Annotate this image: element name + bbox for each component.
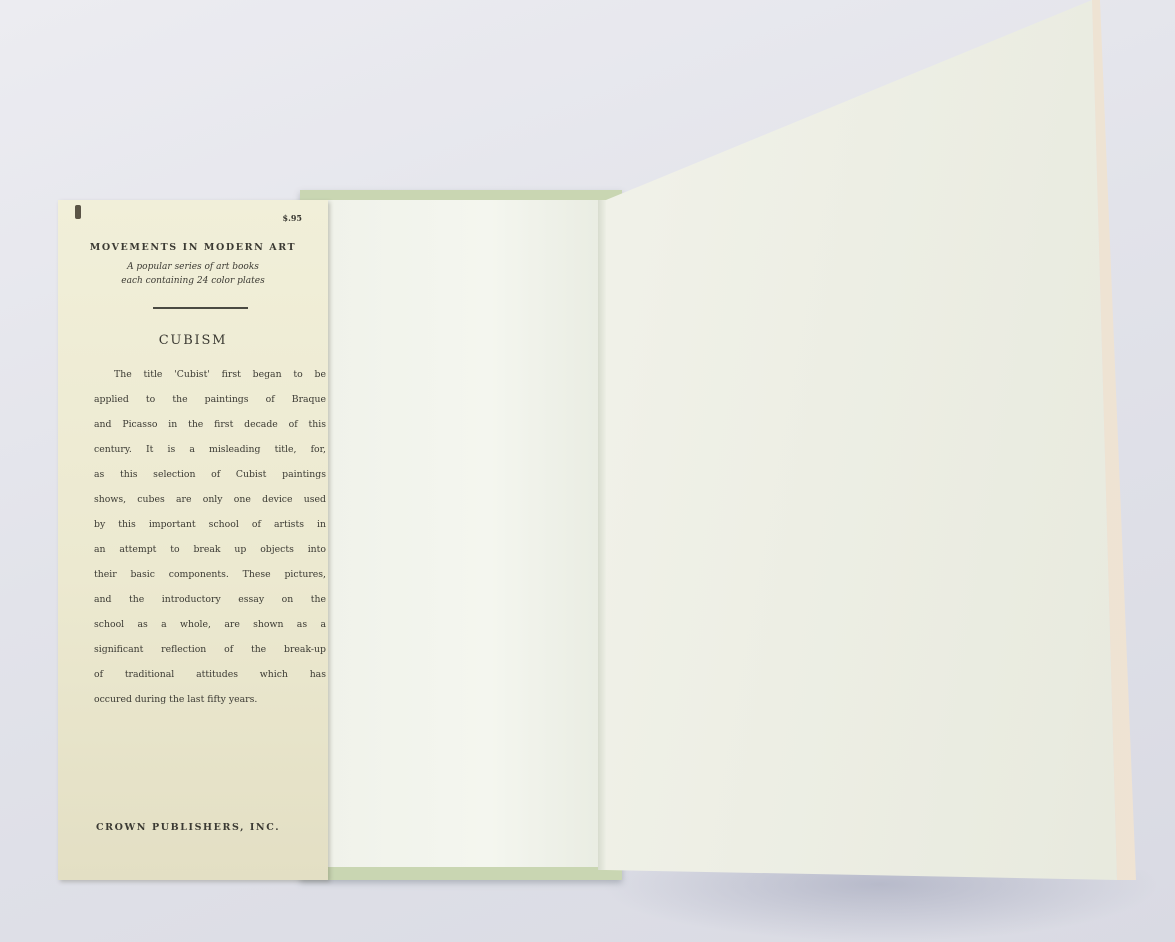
publisher-name: CROWN PUBLISHERS, INC. <box>96 822 280 833</box>
price: $.95 <box>283 213 302 223</box>
blurb-line: by this important school of artists in <box>94 512 326 537</box>
blurb-line: applied to the paintings of Braque <box>94 387 326 412</box>
blurb-line: significant reflection of the break-up <box>94 637 326 662</box>
blurb-line: and Picasso in the first decade of this <box>94 412 326 437</box>
tagline-line: A popular series of art books <box>58 260 328 274</box>
blurb-line: school as a whole, are shown as a <box>94 612 326 637</box>
left-endpaper <box>320 200 604 867</box>
blurb-text: The title 'Cubist' first began to be app… <box>94 362 326 712</box>
blurb-line: shows, cubes are only one device used <box>94 487 326 512</box>
book-title: CUBISM <box>58 333 328 348</box>
blurb-line: as this selection of Cubist paintings <box>94 462 326 487</box>
series-title: MOVEMENTS IN MODERN ART <box>58 242 328 253</box>
blurb-line: occured during the last fifty years. <box>94 687 326 712</box>
flap-wear-mark <box>75 205 81 219</box>
divider-rule <box>153 307 248 309</box>
blurb-line: century. It is a misleading title, for, <box>94 437 326 462</box>
tagline-line: each containing 24 color plates <box>58 274 328 288</box>
blurb-line: The title 'Cubist' first began to be <box>94 362 326 387</box>
blurb-line: of traditional attitudes which has <box>94 662 326 687</box>
dust-jacket-flap: $.95 MOVEMENTS IN MODERN ART A popular s… <box>58 200 328 880</box>
blurb-line: an attempt to break up objects into <box>94 537 326 562</box>
blurb-line: their basic components. These pictures, <box>94 562 326 587</box>
series-tagline: A popular series of art books each conta… <box>58 260 328 288</box>
table-shadow <box>600 870 1160 942</box>
blurb-line: and the introductory essay on the <box>94 587 326 612</box>
